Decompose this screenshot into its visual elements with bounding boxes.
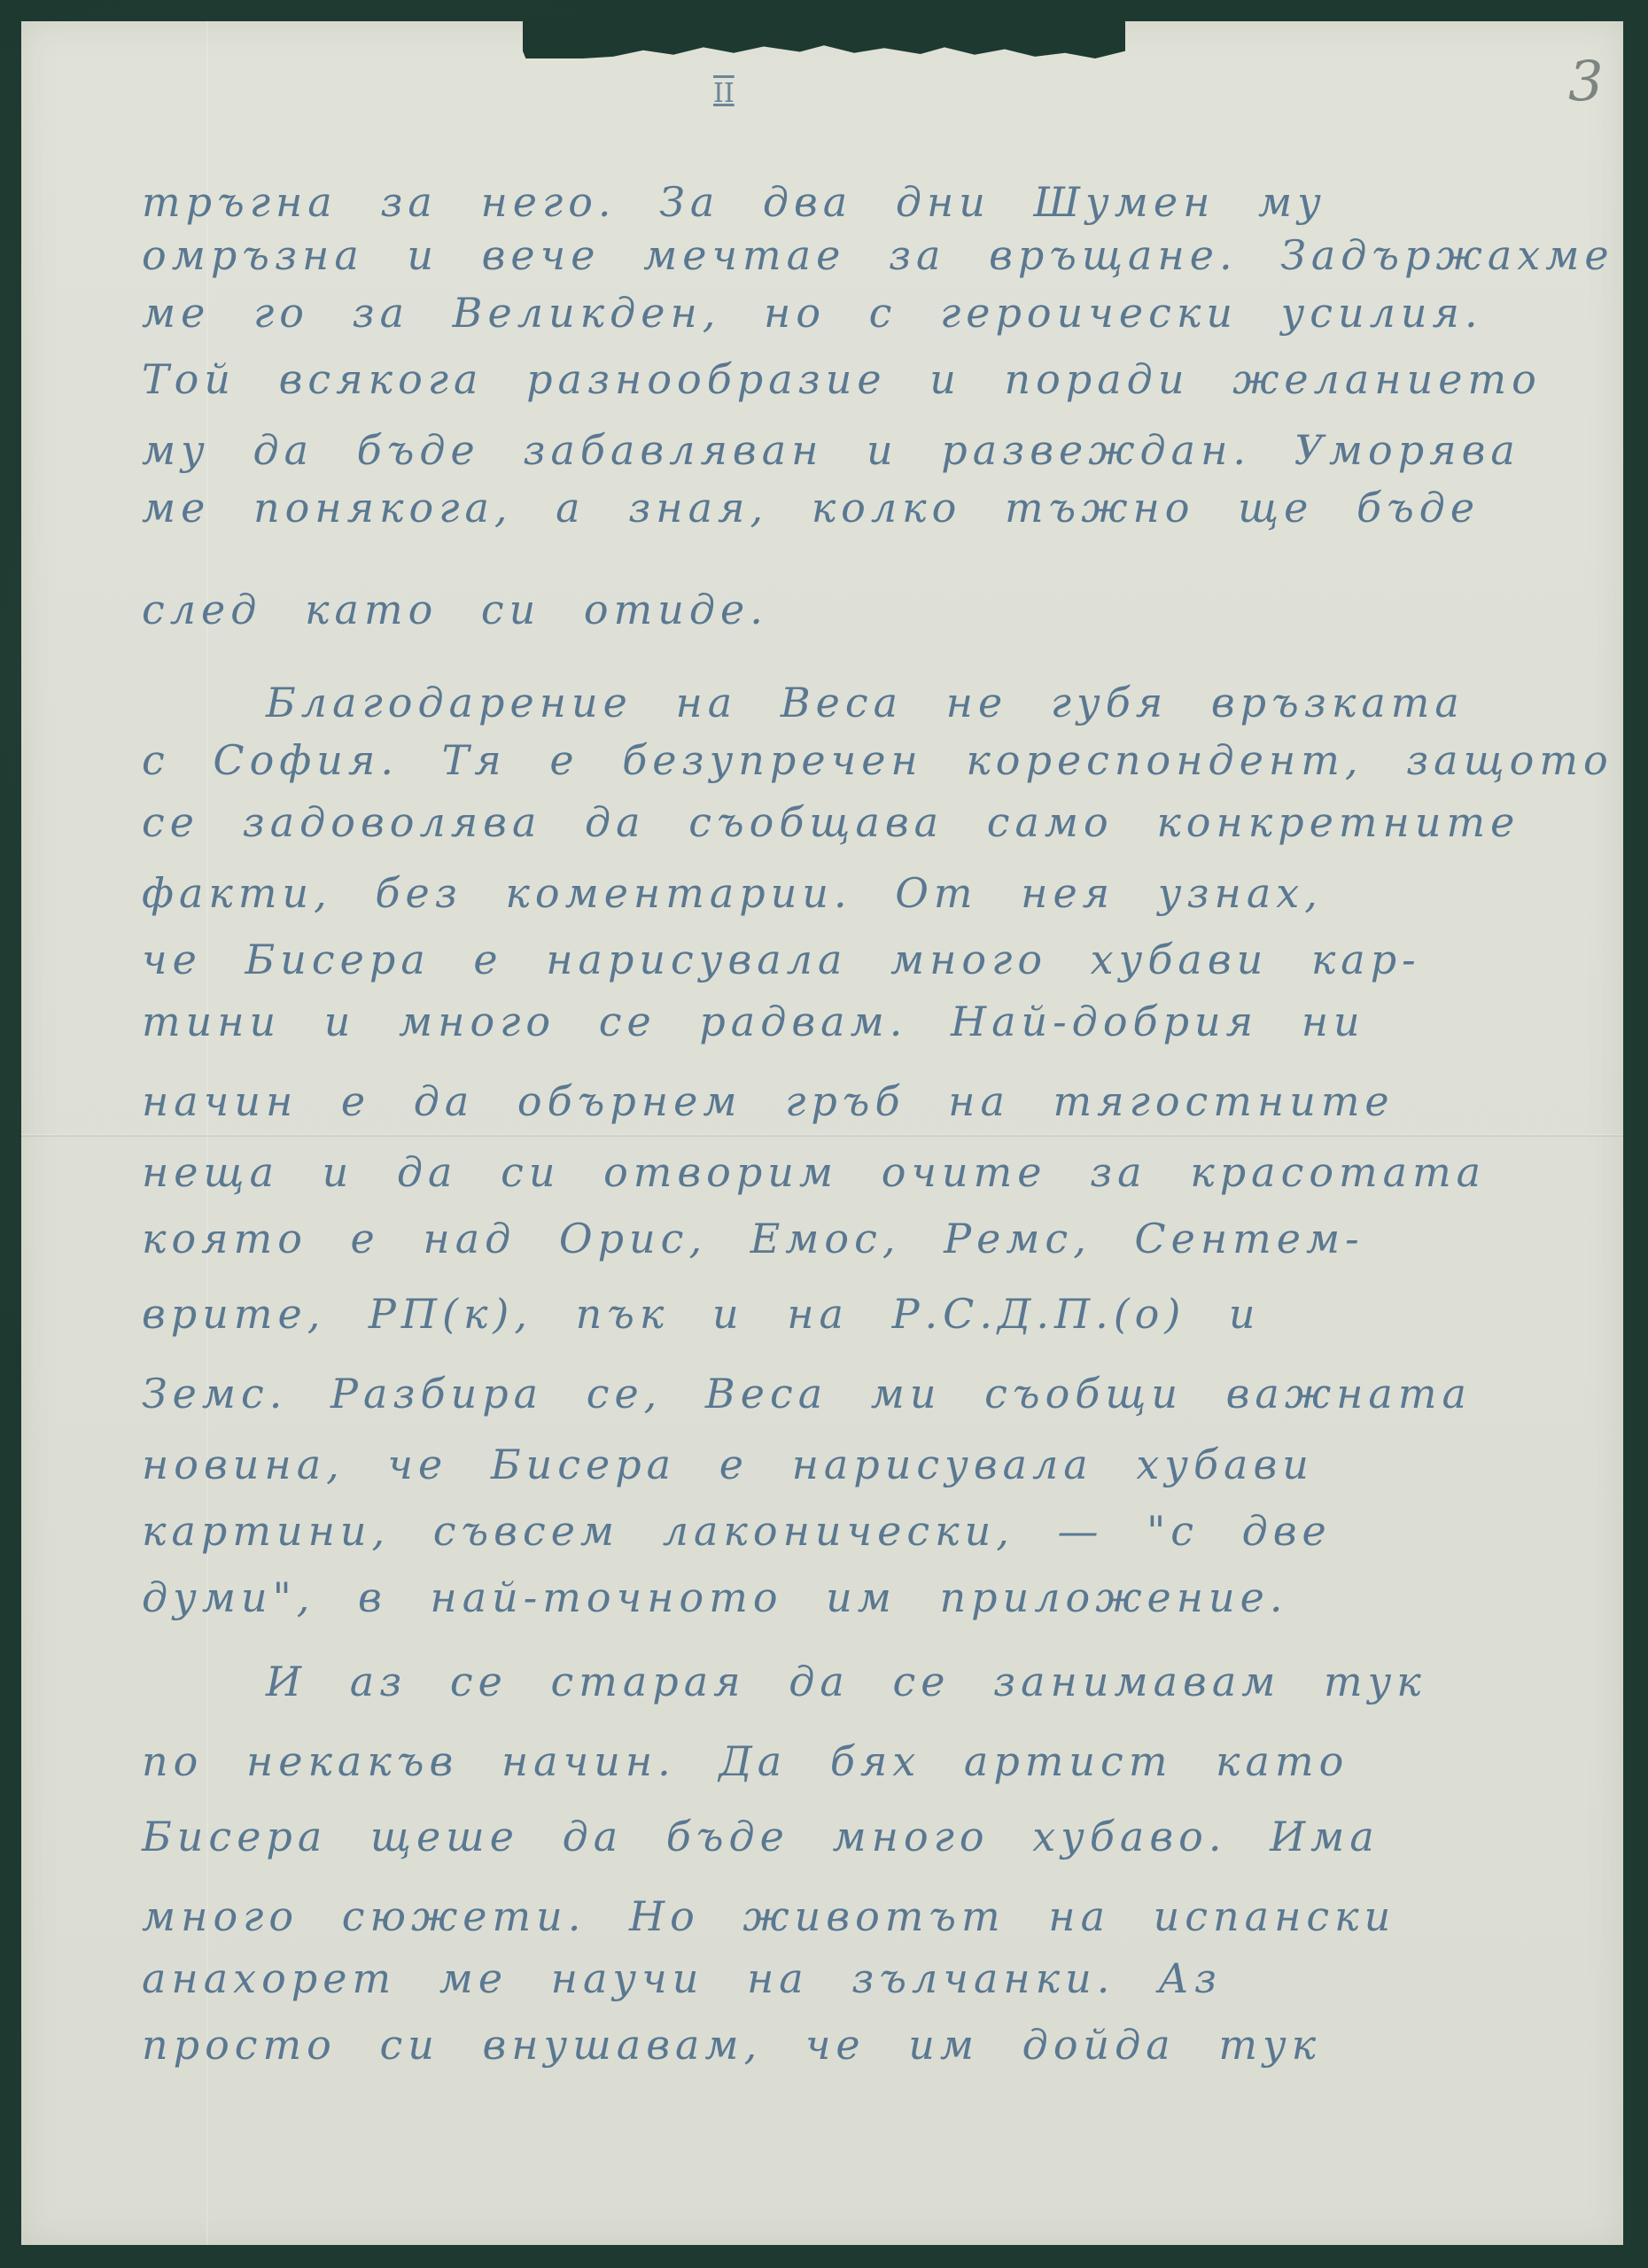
text-line: много сюжети. Но животът на испански (142, 1896, 1395, 1937)
text-line: анахорет ме научи на зълчанки. Аз (142, 1958, 1222, 1999)
text-line: омръзна и вече мечтае за връщане. Задърж… (142, 235, 1614, 276)
text-line: ме го за Великден, но с героически усили… (142, 292, 1483, 333)
text-line: се задоволява да съобщава само конкретни… (142, 802, 1520, 843)
text-line: Земс. Разбира се, Веса ми съобщи важната (142, 1373, 1472, 1414)
text-line: врите, РП(к), пък и на Р.С.Д.П.(о) и (142, 1293, 1261, 1334)
text-line: ме понякога, а зная, колко тъжно ще бъде (142, 487, 1480, 528)
text-line: новина, че Бисера е нарисувала хубави (142, 1444, 1314, 1485)
text-line: тръгна за него. За два дни Шумен му (142, 182, 1326, 222)
text-line: факти, без коментарии. От нея узнах, (142, 873, 1323, 913)
text-line: просто си внушавам, че им дойда тук (142, 2024, 1321, 2065)
text-line: му да бъде забавляван и развеждан. Уморя… (142, 430, 1520, 470)
paragraph-start-line: Благодарение на Веса не губя връзката (266, 682, 1465, 723)
section-mark: II (713, 78, 735, 109)
paragraph-start-line: И аз се старая да се занимавам тук (266, 1661, 1426, 1702)
text-line: неща и да си отворим очите за красотата (142, 1152, 1486, 1192)
text-line: която е над Орис, Емос, Ремс, Сентем- (142, 1218, 1364, 1259)
text-line: с София. Тя е безупречен кореспондент, з… (142, 740, 1613, 781)
text-line: картини, съвсем лаконически, — "с две (142, 1511, 1332, 1551)
horizontal-fold-crease (21, 1134, 1623, 1137)
text-line: че Бисера е нарисувала много хубави кар- (142, 939, 1421, 980)
text-line: Той всякога разнообразие и поради желани… (142, 359, 1542, 400)
text-line: Бисера щеше да бъде много хубаво. Има (142, 1816, 1380, 1857)
page-number: 3 (1568, 49, 1603, 113)
text-line: тини и много се радвам. Най-добрия ни (142, 1001, 1365, 1042)
text-line: начин е да обърнем гръб на тягостните (142, 1081, 1395, 1122)
text-line: по некакъв начин. Да бях артист като (142, 1741, 1349, 1782)
text-line: след като си отиде. (142, 589, 768, 630)
text-line: думи", в най-точното им приложение. (142, 1577, 1288, 1618)
